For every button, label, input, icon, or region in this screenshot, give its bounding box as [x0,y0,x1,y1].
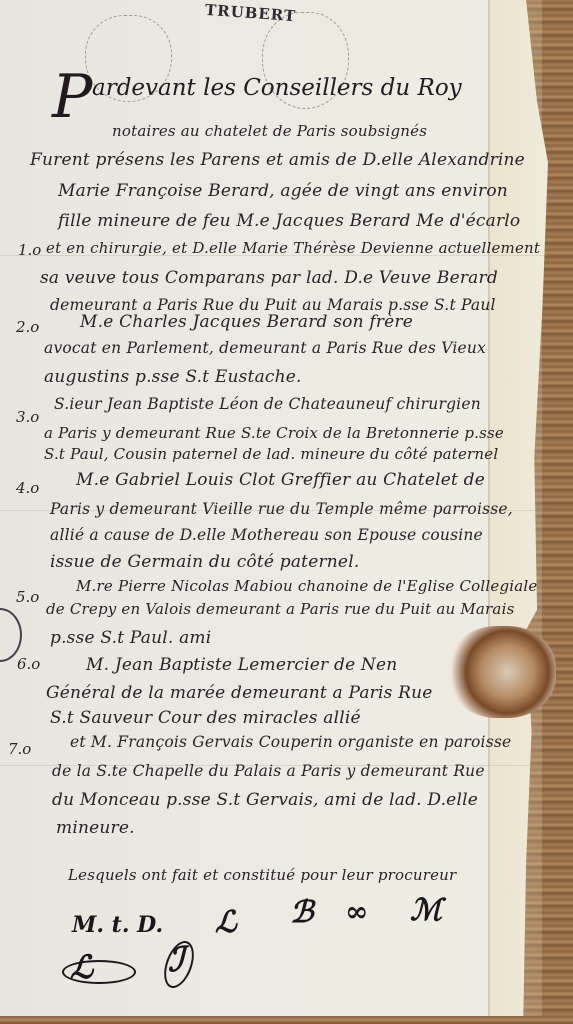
text-line: augustins p.sse S.t Eustache. [44,367,302,387]
margin-number: 7.o [8,740,31,758]
text-line: de Crepy en Valois demeurant a Paris rue… [46,600,514,618]
text-line: et M. François Gervais Couperin organist… [70,733,511,751]
margin-number: 4.o [16,479,39,497]
text-line: issue de Germain du côté paternel. [50,552,359,572]
text-line: Marie Françoise Berard, agée de vingt an… [58,181,508,201]
signature-flourish [62,960,136,984]
text-line: allié a cause de D.elle Mothereau son Ep… [50,526,483,544]
text-line: notaires au chatelet de Paris soubsignés [112,122,427,140]
document-title: ardevant les Conseillers du Roy [92,75,462,101]
margin-number: 2.o [16,318,39,336]
text-line: avocat en Parlement, demeurant a Paris R… [44,339,486,357]
signature: M. t. D. [72,912,163,938]
text-line: mineure. [56,818,135,838]
margin-number: 1.o [18,241,41,259]
text-line: S.t Sauveur Cour des miracles allié [50,708,361,728]
margin-number: 3.o [16,408,39,426]
text-line: S.ieur Jean Baptiste Léon de Chateauneuf… [54,395,481,413]
text-line: fille mineure de feu M.e Jacques Berard … [58,211,520,231]
text-line: a Paris y demeurant Rue S.te Croix de la… [44,424,504,442]
text-line: Général de la marée demeurant a Paris Ru… [46,683,433,703]
text-line: M.e Gabriel Louis Clot Greffier au Chate… [76,470,485,490]
signature: ℳ [410,893,442,928]
text-line: et en chirurgie, et D.elle Marie Thérèse… [46,239,540,257]
text-line: Paris y demeurant Vieille rue du Temple … [50,500,513,518]
text-line: M.re Pierre Nicolas Mabiou chanoine de l… [76,577,537,595]
signature: ℬ [290,895,314,930]
margin-number: 6.o [17,655,40,673]
text-line: du Monceau p.sse S.t Gervais, ami de lad… [52,790,478,810]
decorative-initial: P [52,62,92,132]
text-line: Furent présens les Parens et amis de D.e… [30,150,525,170]
margin-number: 5.o [16,588,39,606]
text-line: M. Jean Baptiste Lemercier de Nen [86,655,397,675]
signature: ∞ [345,895,368,928]
text-line: sa veuve tous Comparans par lad. D.e Veu… [40,268,498,288]
signature: ℒ [215,905,237,940]
text-line: p.sse S.t Paul. ami [50,628,211,648]
text-line: Lesquels ont fait et constitué pour leur… [68,866,456,884]
wax-seal-remnant [448,626,556,718]
text-line: S.t Paul, Cousin paternel de lad. mineur… [44,445,498,463]
text-line: M.e Charles Jacques Berard son frère [80,312,413,332]
text-line: de la S.te Chapelle du Palais a Paris y … [52,762,485,780]
